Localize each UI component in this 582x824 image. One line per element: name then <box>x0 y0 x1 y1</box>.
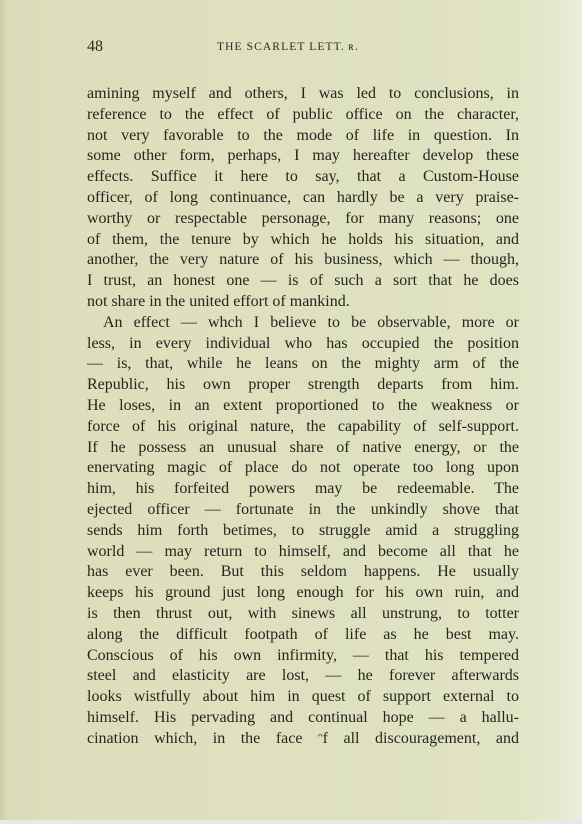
text-line: An effect — whch I believe to be observa… <box>87 313 519 334</box>
text-line: keeps his ground just long enough for hi… <box>87 583 519 604</box>
page-number: 48 <box>87 38 103 56</box>
text-line: himself. His pervading and continual hop… <box>87 708 519 729</box>
text-line: He loses, in an extent proportioned to t… <box>87 396 519 417</box>
text-line: is then thrust out, with sinews all unst… <box>87 604 519 625</box>
text-line: along the difficult footpath of life as … <box>87 625 519 646</box>
text-line: looks wistfully about him in quest of su… <box>87 687 519 708</box>
text-line: force of his original nature, the capabi… <box>87 417 519 438</box>
text-line: world — may return to himself, and becom… <box>87 542 519 563</box>
text-line: reference to the effect of public office… <box>87 105 519 126</box>
paragraph-2: An effect — whch I believe to be observa… <box>87 313 519 750</box>
book-page: 48 THE SCARLET LETT. ʀ. amining myself a… <box>0 0 582 824</box>
text-line: worthy or respectable personage, for man… <box>87 209 519 230</box>
text-line: If he possess an unusual share of native… <box>87 438 519 459</box>
text-line: has ever been. But this seldom happens. … <box>87 562 519 583</box>
text-line: sends him forth betimes, to struggle ami… <box>87 521 519 542</box>
text-line: — is, that, while he leans on the mighty… <box>87 354 519 375</box>
text-line: not very favorable to the mode of life i… <box>87 126 519 147</box>
text-line: ejected officer — fortunate in the unkin… <box>87 500 519 521</box>
paragraph-1: amining myself and others, I was led to … <box>87 84 519 313</box>
text-line: another, the very nature of his business… <box>87 250 519 271</box>
text-line: I trust, an honest one — is of such a so… <box>87 271 519 292</box>
text-line: enervating magic of place do not operate… <box>87 458 519 479</box>
text-line: less, in every individual who has occupi… <box>87 334 519 355</box>
text-line: not share in the united effort of mankin… <box>87 292 519 313</box>
text-line: some other form, perhaps, I may hereafte… <box>87 146 519 167</box>
body-text: amining myself and others, I was led to … <box>87 84 519 750</box>
text-line: cination which, in the face ᵔf all disco… <box>87 729 519 750</box>
text-line: officer, of long continuance, can hardly… <box>87 188 519 209</box>
text-line: of them, the tenure by which he holds hi… <box>87 230 519 251</box>
text-line: Conscious of his own infirmity, — that h… <box>87 646 519 667</box>
text-line: effects. Suffice it here to say, that a … <box>87 167 519 188</box>
text-line: him, his forfeited powers may be redeema… <box>87 479 519 500</box>
running-head: 48 THE SCARLET LETT. ʀ. <box>87 38 487 58</box>
text-line: Republic, his own proper strength depart… <box>87 375 519 396</box>
running-title: THE SCARLET LETT. ʀ. <box>217 41 359 53</box>
text-line: amining myself and others, I was led to … <box>87 84 519 105</box>
text-line: steel and elasticity are lost, — he fore… <box>87 666 519 687</box>
